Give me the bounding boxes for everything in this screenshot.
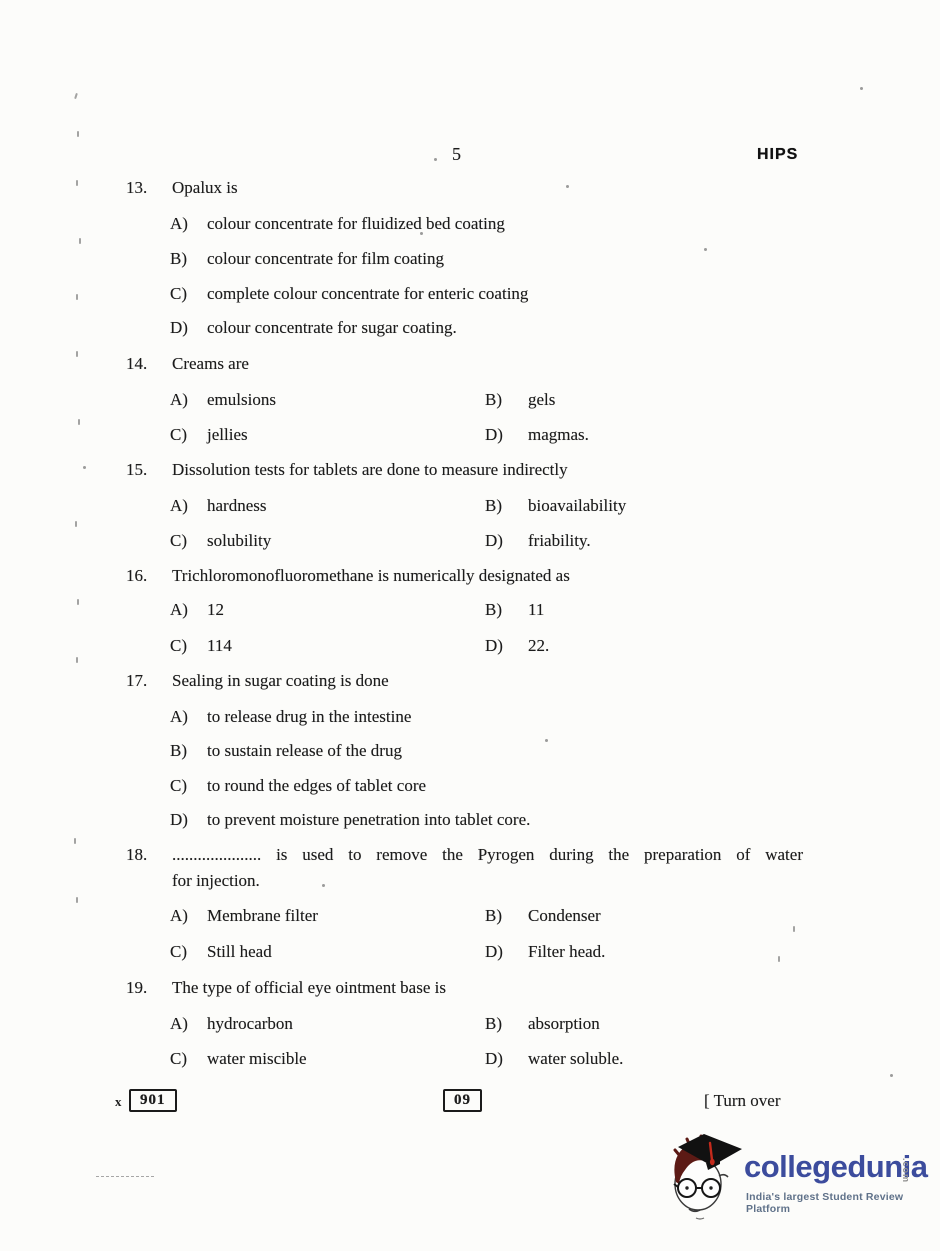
- scan-speck: [566, 185, 569, 188]
- option-text-b: colour concentrate for film coating: [207, 248, 444, 270]
- option-label-a: A): [170, 213, 188, 235]
- option-text-a: to release drug in the intestine: [207, 706, 411, 728]
- option-text-c: to round the edges of tablet core: [207, 775, 426, 797]
- option-text-a: hydrocarbon: [207, 1013, 293, 1035]
- scan-speck: [77, 131, 79, 137]
- option-label-a: A): [170, 495, 188, 517]
- scan-speck: [76, 180, 78, 186]
- option-label-c: C): [170, 283, 187, 305]
- page-number: 5: [452, 143, 461, 165]
- option-text-b: gels: [528, 389, 555, 411]
- option-label-c: C): [170, 530, 187, 552]
- option-label-c: C): [170, 941, 187, 963]
- option-text-b: absorption: [528, 1013, 600, 1035]
- scan-speck: [74, 93, 78, 99]
- brand-wordmark: collegedunia: [744, 1149, 927, 1185]
- option-text-d: 22.: [528, 635, 549, 657]
- scan-speck: [890, 1074, 893, 1077]
- scan-speck: [76, 657, 78, 663]
- scan-speck: [793, 926, 795, 932]
- scan-speck: [778, 956, 780, 962]
- option-text-b: to sustain release of the drug: [207, 740, 402, 762]
- paper-code: HIPS: [757, 146, 798, 164]
- question-text: Sealing in sugar coating is done: [172, 670, 389, 692]
- option-text-d: water soluble.: [528, 1048, 623, 1070]
- option-label-b: B): [485, 905, 502, 927]
- scan-speck: [76, 351, 78, 357]
- scan-speck: [79, 238, 81, 244]
- option-label-a: A): [170, 1013, 188, 1035]
- scan-speck: [420, 232, 423, 235]
- scan-speck: [322, 884, 325, 887]
- option-text-d: magmas.: [528, 424, 589, 446]
- option-label-a: A): [170, 706, 188, 728]
- option-label-b: B): [170, 248, 187, 270]
- option-label-b: B): [485, 1013, 502, 1035]
- option-text-c: water miscible: [207, 1048, 307, 1070]
- option-text-c: Still head: [207, 941, 272, 963]
- option-text-c: solubility: [207, 530, 271, 552]
- question-text-line1: ..................... is used to remove …: [172, 844, 803, 866]
- question-text: Opalux is: [172, 177, 238, 199]
- question-number: 14.: [126, 353, 147, 375]
- option-text-d: Filter head.: [528, 941, 605, 963]
- option-label-b: B): [485, 495, 502, 517]
- question-text: Trichloromonofluoromethane is numericall…: [172, 565, 570, 587]
- scan-speck: [74, 838, 76, 844]
- option-text-d: colour concentrate for sugar coating.: [207, 317, 457, 339]
- question-text: The type of official eye ointment base i…: [172, 977, 446, 999]
- scan-speck: [545, 739, 548, 742]
- scan-speck: [860, 87, 863, 90]
- option-label-b: B): [170, 740, 187, 762]
- option-text-a: hardness: [207, 495, 266, 517]
- scan-dash-artifact: [96, 1176, 154, 1177]
- brand-tagline: India's largest Student Review Platform: [746, 1191, 940, 1215]
- scan-speck: [77, 599, 79, 605]
- question-number: 15.: [126, 459, 147, 481]
- option-text-b: 11: [528, 599, 544, 621]
- option-label-c: C): [170, 424, 187, 446]
- option-label-c: C): [170, 775, 187, 797]
- question-number: 16.: [126, 565, 147, 587]
- brand-domain: .com: [901, 1158, 911, 1183]
- option-text-c: jellies: [207, 424, 248, 446]
- option-text-c: complete colour concentrate for enteric …: [207, 283, 528, 305]
- option-text-a: emulsions: [207, 389, 276, 411]
- question-text: Creams are: [172, 353, 249, 375]
- option-label-d: D): [485, 530, 503, 552]
- footer-page-code-box: 09: [443, 1089, 482, 1112]
- option-text-a: colour concentrate for fluidized bed coa…: [207, 213, 505, 235]
- question-number: 19.: [126, 977, 147, 999]
- scan-speck: [704, 248, 707, 251]
- option-label-a: A): [170, 905, 188, 927]
- footer-series-prefix: x: [115, 1094, 122, 1110]
- option-label-b: B): [485, 599, 502, 621]
- scan-speck: [75, 521, 77, 527]
- scan-speck: [78, 419, 80, 425]
- option-label-c: C): [170, 1048, 187, 1070]
- exam-page: 5 HIPS 13. Opalux is A) colour concentra…: [0, 0, 940, 1251]
- option-text-b: Condenser: [528, 905, 601, 927]
- option-label-d: D): [485, 941, 503, 963]
- question-number: 17.: [126, 670, 147, 692]
- option-text-a: Membrane filter: [207, 905, 318, 927]
- question-number: 18.: [126, 844, 147, 866]
- option-text-d: friability.: [528, 530, 591, 552]
- option-text-a: 12: [207, 599, 224, 621]
- option-label-b: B): [485, 389, 502, 411]
- option-label-a: A): [170, 389, 188, 411]
- question-text-line2: for injection.: [172, 870, 260, 892]
- option-text-c: 114: [207, 635, 232, 657]
- student-mascot-icon: [666, 1134, 742, 1222]
- option-label-d: D): [485, 635, 503, 657]
- option-label-d: D): [170, 809, 188, 831]
- option-label-d: D): [170, 317, 188, 339]
- turn-over-note: [ Turn over: [704, 1091, 781, 1111]
- option-text-b: bioavailability: [528, 495, 626, 517]
- question-number: 13.: [126, 177, 147, 199]
- question-text: Dissolution tests for tablets are done t…: [172, 459, 568, 481]
- scan-speck: [83, 466, 86, 469]
- option-label-a: A): [170, 599, 188, 621]
- option-label-c: C): [170, 635, 187, 657]
- scan-speck: [434, 158, 437, 161]
- option-text-d: to prevent moisture penetration into tab…: [207, 809, 530, 831]
- scan-speck: [76, 897, 78, 903]
- option-label-d: D): [485, 424, 503, 446]
- footer-code-box: 901: [129, 1089, 177, 1112]
- option-label-d: D): [485, 1048, 503, 1070]
- scan-speck: [76, 294, 78, 300]
